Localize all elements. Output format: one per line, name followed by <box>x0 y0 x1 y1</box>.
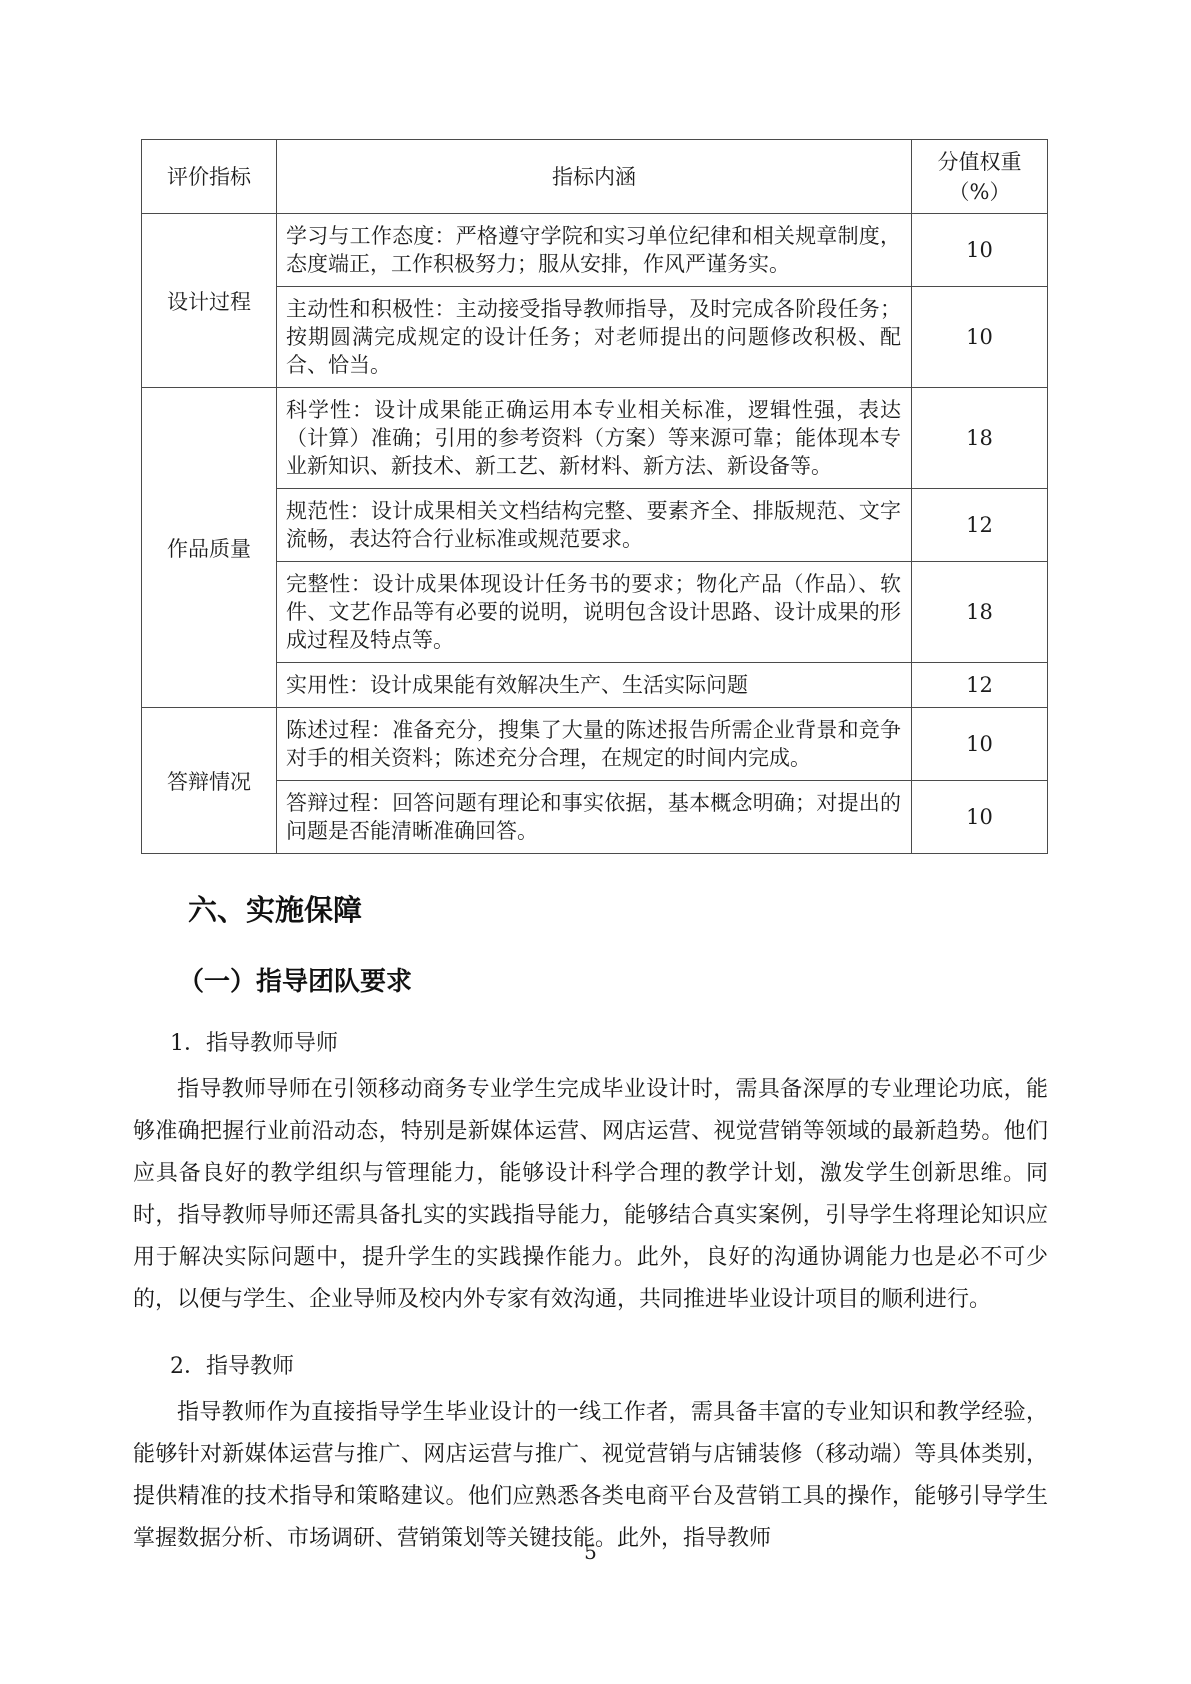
evaluation-table: 评价指标 指标内涵 分值权重 （%） 设计过程 学习与工作态度：严格遵守学院和实… <box>141 139 1048 854</box>
table-row: 完整性：设计成果体现设计任务书的要求；物化产品（作品）、软件、文艺作品等有必要的… <box>142 562 1048 663</box>
paragraph-mentor-requirements: 指导教师导师在引领移动商务专业学生完成毕业设计时，需具备深厚的专业理论功底，能够… <box>133 1069 1048 1321</box>
indicator-cell: 完整性：设计成果体现设计任务书的要求；物化产品（作品）、软件、文艺作品等有必要的… <box>277 562 912 663</box>
indicator-cell: 规范性：设计成果相关文档结构完整、要素齐全、排版规范、文字流畅，表达符合行业标准… <box>277 489 912 562</box>
indicator-cell: 学习与工作态度：严格遵守学院和实习单位纪律和相关规章制度，态度端正，工作积极努力… <box>277 214 912 287</box>
table-row: 主动性和积极性：主动接受指导教师指导，及时完成各阶段任务；按期圆满完成规定的设计… <box>142 287 1048 388</box>
weight-cell: 12 <box>912 663 1048 708</box>
subsection-heading-guidance-team: （一）指导团队要求 <box>178 961 1048 998</box>
table-header-row: 评价指标 指标内涵 分值权重 （%） <box>142 140 1048 214</box>
weight-cell: 10 <box>912 781 1048 854</box>
paragraph-teacher-requirements: 指导教师作为直接指导学生毕业设计的一线工作者，需具备丰富的专业知识和教学经验，能… <box>133 1392 1048 1560</box>
weight-cell: 10 <box>912 708 1048 781</box>
weight-cell: 12 <box>912 489 1048 562</box>
group-label-defense: 答辩情况 <box>142 708 277 854</box>
indicator-cell: 陈述过程：准备充分，搜集了大量的陈述报告所需企业背景和竞争对手的相关资料；陈述充… <box>277 708 912 781</box>
header-weight-line1: 分值权重 <box>912 147 1047 177</box>
table-row: 实用性：设计成果能有效解决生产、生活实际问题 12 <box>142 663 1048 708</box>
indicator-cell: 实用性：设计成果能有效解决生产、生活实际问题 <box>277 663 912 708</box>
document-page: 评价指标 指标内涵 分值权重 （%） 设计过程 学习与工作态度：严格遵守学院和实… <box>133 139 1048 1560</box>
weight-cell: 10 <box>912 214 1048 287</box>
item-title-teacher: 2．指导教师 <box>170 1349 1048 1380</box>
header-cell-indicator: 评价指标 <box>142 140 277 214</box>
indicator-cell: 主动性和积极性：主动接受指导教师指导，及时完成各阶段任务；按期圆满完成规定的设计… <box>277 287 912 388</box>
header-cell-weight: 分值权重 （%） <box>912 140 1048 214</box>
header-cell-content: 指标内涵 <box>277 140 912 214</box>
weight-cell: 10 <box>912 287 1048 388</box>
table-row: 答辩情况 陈述过程：准备充分，搜集了大量的陈述报告所需企业背景和竞争对手的相关资… <box>142 708 1048 781</box>
group-label-work-quality: 作品质量 <box>142 388 277 708</box>
table-row: 设计过程 学习与工作态度：严格遵守学院和实习单位纪律和相关规章制度，态度端正，工… <box>142 214 1048 287</box>
table-row: 规范性：设计成果相关文档结构完整、要素齐全、排版规范、文字流畅，表达符合行业标准… <box>142 489 1048 562</box>
section-heading-implementation-guarantee: 六、实施保障 <box>188 888 1048 929</box>
weight-cell: 18 <box>912 388 1048 489</box>
weight-cell: 18 <box>912 562 1048 663</box>
indicator-cell: 答辩过程：回答问题有理论和事实依据，基本概念明确；对提出的问题是否能清晰准确回答… <box>277 781 912 854</box>
header-weight-line2: （%） <box>912 177 1047 207</box>
page-number: 5 <box>133 1540 1048 1564</box>
group-label-design-process: 设计过程 <box>142 214 277 388</box>
table-row: 答辩过程：回答问题有理论和事实依据，基本概念明确；对提出的问题是否能清晰准确回答… <box>142 781 1048 854</box>
table-row: 作品质量 科学性：设计成果能正确运用本专业相关标准，逻辑性强，表达（计算）准确；… <box>142 388 1048 489</box>
indicator-cell: 科学性：设计成果能正确运用本专业相关标准，逻辑性强，表达（计算）准确；引用的参考… <box>277 388 912 489</box>
item-title-mentor: 1．指导教师导师 <box>170 1026 1048 1057</box>
